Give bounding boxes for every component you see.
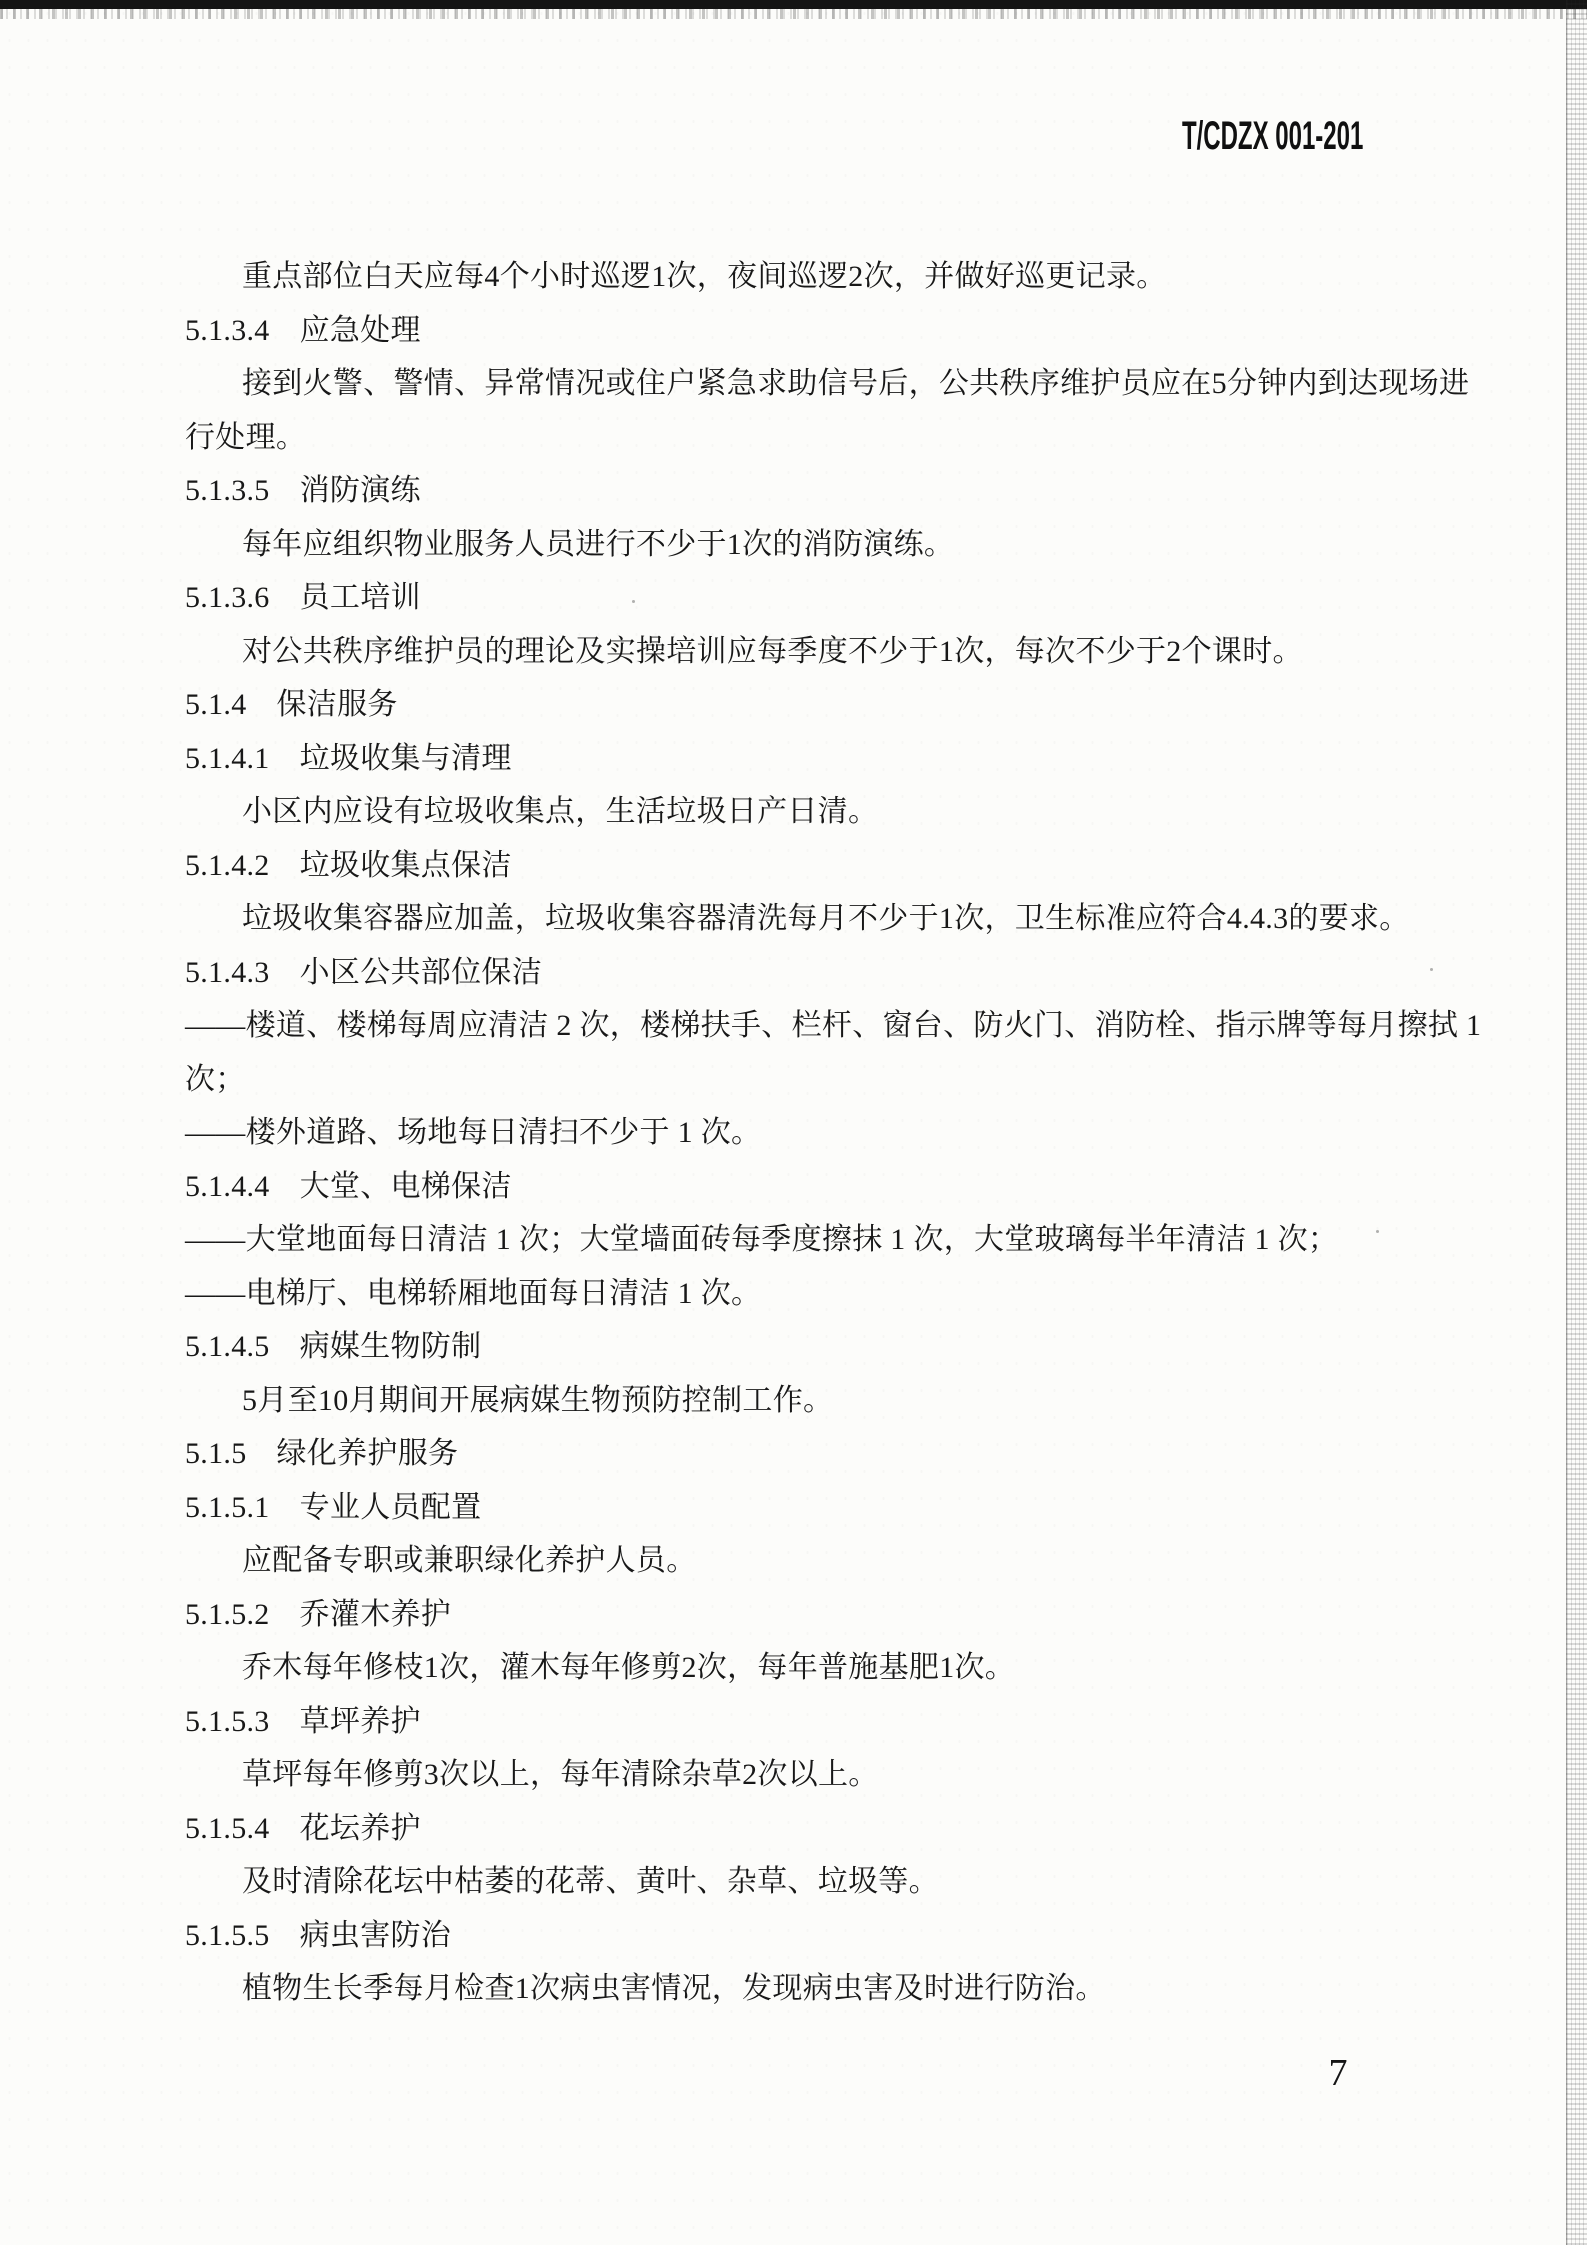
- clause-title: 花坛养护: [300, 1812, 421, 1845]
- section-heading: 5.1.4保洁服务: [185, 678, 1475, 732]
- clause-number: 5.1.5.2: [185, 1588, 270, 1642]
- paragraph-line: 垃圾收集容器应加盖，垃圾收集容器清洗每月不少于1次，卫生标准应符合4.4.3的要…: [185, 892, 1475, 946]
- clause-number: 5.1.4: [185, 678, 247, 732]
- clause-number: 5.1.3.4: [185, 304, 270, 358]
- section-heading: 5.1.4.5病媒生物防制: [185, 1320, 1475, 1374]
- clause-title: 应急处理: [300, 314, 421, 347]
- clause-number: 5.1.3.5: [185, 464, 270, 518]
- section-heading: 5.1.5.5病虫害防治: [185, 1909, 1475, 1963]
- dash-list-item: ——电梯厅、电梯轿厢地面每日清洁 1 次。: [185, 1267, 1475, 1321]
- clause-title: 小区公共部位保洁: [300, 956, 542, 989]
- clause-title: 大堂、电梯保洁: [300, 1170, 512, 1203]
- section-heading: 5.1.4.3小区公共部位保洁: [185, 946, 1475, 1000]
- clause-number: 5.1.5.5: [185, 1909, 270, 1963]
- section-heading: 5.1.5绿化养护服务: [185, 1427, 1475, 1481]
- clause-number: 5.1.5.3: [185, 1695, 270, 1749]
- section-heading: 5.1.3.6员工培训: [185, 571, 1475, 625]
- section-heading: 5.1.3.4应急处理: [185, 304, 1475, 358]
- section-heading: 5.1.5.4花坛养护: [185, 1802, 1475, 1856]
- dash-list-item: ——楼道、楼梯每周应清洁 2 次，楼梯扶手、栏杆、窗台、防火门、消防栓、指示牌等…: [185, 999, 1475, 1053]
- section-heading: 5.1.4.4大堂、电梯保洁: [185, 1160, 1475, 1214]
- clause-number: 5.1.5.4: [185, 1802, 270, 1856]
- clause-number: 5.1.5.1: [185, 1481, 270, 1535]
- scan-edge-bar: [0, 0, 1587, 9]
- scan-right-edge-noise: [1566, 0, 1587, 2245]
- paragraph-line: 及时清除花坛中枯萎的花蒂、黄叶、杂草、垃圾等。: [185, 1855, 1475, 1909]
- paragraph-line: 乔木每年修枝1次，灌木每年修剪2次，每年普施基肥1次。: [185, 1641, 1475, 1695]
- section-heading: 5.1.4.2垃圾收集点保洁: [185, 839, 1475, 893]
- clause-number: 5.1.4.3: [185, 946, 270, 1000]
- paragraph-line: 行处理。: [185, 411, 1475, 465]
- document-body: 重点部位白天应每4个小时巡逻1次，夜间巡逻2次，并做好巡更记录。5.1.3.4应…: [185, 250, 1475, 2016]
- paragraph-line: 对公共秩序维护员的理论及实操培训应每季度不少于1次，每次不少于2个课时。: [185, 625, 1475, 679]
- page-number: 7: [1308, 2046, 1368, 2100]
- section-heading: 5.1.5.1专业人员配置: [185, 1481, 1475, 1535]
- paragraph-line: 小区内应设有垃圾收集点，生活垃圾日产日清。: [185, 785, 1475, 839]
- paragraph-line: 次；: [185, 1053, 1475, 1107]
- clause-number: 5.1.3.6: [185, 571, 270, 625]
- section-heading: 5.1.5.2乔灌木养护: [185, 1588, 1475, 1642]
- clause-title: 垃圾收集与清理: [300, 742, 512, 775]
- clause-title: 病媒生物防制: [300, 1330, 482, 1363]
- clause-title: 病虫害防治: [300, 1919, 452, 1952]
- paragraph-line: 重点部位白天应每4个小时巡逻1次，夜间巡逻2次，并做好巡更记录。: [185, 250, 1475, 304]
- paragraph-line: 5月至10月期间开展病媒生物预防控制工作。: [185, 1374, 1475, 1428]
- paragraph-line: 植物生长季每月检查1次病虫害情况，发现病虫害及时进行防治。: [185, 1962, 1475, 2016]
- section-heading: 5.1.5.3草坪养护: [185, 1695, 1475, 1749]
- paragraph-line: 接到火警、警情、异常情况或住户紧急求助信号后，公共秩序维护员应在5分钟内到达现场…: [185, 357, 1475, 411]
- section-heading: 5.1.4.1垃圾收集与清理: [185, 732, 1475, 786]
- paragraph-line: 应配备专职或兼职绿化养护人员。: [185, 1534, 1475, 1588]
- clause-title: 草坪养护: [300, 1705, 421, 1738]
- dash-list-item: ——楼外道路、场地每日清扫不少于 1 次。: [185, 1106, 1475, 1160]
- document-code-header: T/CDZX 001-201: [1182, 116, 1363, 156]
- clause-title: 绿化养护服务: [277, 1437, 459, 1470]
- dash-list-item: ——大堂地面每日清洁 1 次；大堂墙面砖每季度擦抹 1 次，大堂玻璃每半年清洁 …: [185, 1213, 1475, 1267]
- clause-title: 乔灌木养护: [300, 1598, 452, 1631]
- clause-title: 保洁服务: [277, 688, 398, 721]
- clause-title: 消防演练: [300, 474, 421, 507]
- clause-number: 5.1.4.1: [185, 732, 270, 786]
- clause-title: 专业人员配置: [300, 1491, 482, 1524]
- section-heading: 5.1.3.5消防演练: [185, 464, 1475, 518]
- clause-title: 员工培训: [300, 581, 421, 614]
- clause-number: 5.1.4.5: [185, 1320, 270, 1374]
- clause-number: 5.1.5: [185, 1427, 247, 1481]
- paragraph-line: 每年应组织物业服务人员进行不少于1次的消防演练。: [185, 518, 1475, 572]
- scan-edge-noise: [0, 9, 1587, 19]
- clause-title: 垃圾收集点保洁: [300, 849, 512, 882]
- paragraph-line: 草坪每年修剪3次以上，每年清除杂草2次以上。: [185, 1748, 1475, 1802]
- clause-number: 5.1.4.2: [185, 839, 270, 893]
- scanned-document-page: T/CDZX 001-201 重点部位白天应每4个小时巡逻1次，夜间巡逻2次，并…: [0, 0, 1587, 2245]
- clause-number: 5.1.4.4: [185, 1160, 270, 1214]
